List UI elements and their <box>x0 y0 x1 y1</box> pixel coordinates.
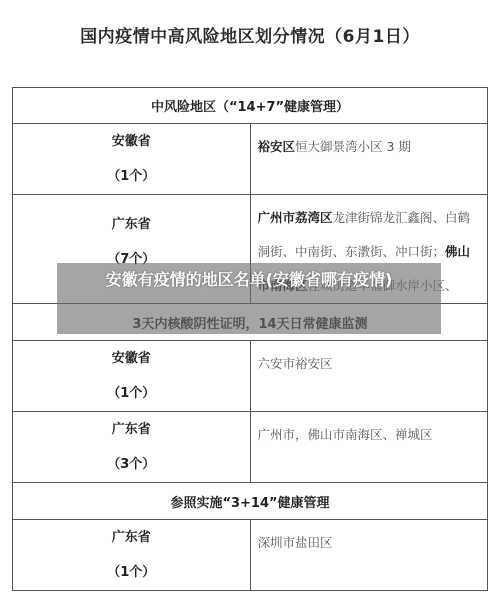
province-cell: 安徽省（1个） <box>13 341 251 412</box>
page-title: 国内疫情中高风险地区划分情况（6月1日） <box>0 22 500 47</box>
province-name: 安徽省 <box>13 124 250 159</box>
province-name: 广东省 <box>13 520 250 555</box>
province-name: 广东省 <box>13 412 250 447</box>
province-cell: 广东省（3个） <box>13 412 251 483</box>
section-header-3-14: 参照实施“3+14”健康管理 <box>13 483 488 520</box>
area-count: （1个） <box>13 376 250 411</box>
areas-cell: 六安市裕安区 <box>250 341 488 412</box>
province-cell: 安徽省（1个） <box>13 124 251 195</box>
caption-overlay-text: 安徽有疫情的地区名单(安徽省哪有疫情) <box>57 266 441 294</box>
section-header-medium-risk: 中风险地区（“14+7”健康管理） <box>13 88 488 124</box>
risk-area-table: 中风险地区（“14+7”健康管理） 安徽省（1个） 裕安区恒大御景湾小区 3 期… <box>12 87 488 591</box>
area-count: （1个） <box>13 159 250 194</box>
areas-cell: 深圳市盐田区 <box>250 520 488 591</box>
areas-cell: 广州市，佛山市南海区、禅城区 <box>250 412 488 483</box>
province-cell: 广东省（1个） <box>13 520 251 591</box>
area-count: （3个） <box>13 447 250 482</box>
areas-cell: 裕安区恒大御景湾小区 3 期 <box>250 124 488 195</box>
province-name: 安徽省 <box>13 341 250 376</box>
province-name: 广东省 <box>13 207 250 242</box>
area-count: （1个） <box>13 555 250 590</box>
